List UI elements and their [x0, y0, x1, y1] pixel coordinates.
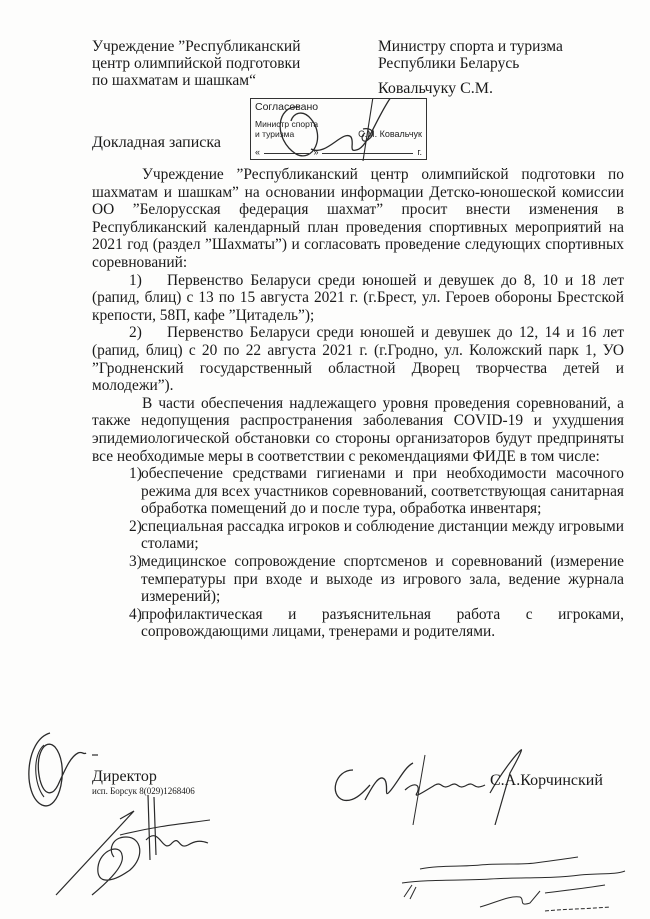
- measure-item: 3)медицинское сопровождение спортсменов …: [92, 553, 624, 606]
- measure-number: 3): [129, 553, 149, 571]
- recipient-name: Ковальчуку С.М.: [378, 80, 638, 97]
- measure-number: 4): [129, 606, 149, 624]
- signer-name: С.А.Корчинский: [490, 772, 603, 790]
- measure-item: 4)профилактическая и разъяснительная раб…: [92, 606, 624, 641]
- measure-item: 2)специальная рассадка игроков и соблюде…: [92, 518, 624, 553]
- sender-block: Учреждение ”Республиканский центр олимпи…: [92, 38, 352, 89]
- event-text: Первенство Беларуси среди юношей и девуш…: [92, 324, 624, 394]
- sender-line: Учреждение ”Республиканский: [92, 38, 352, 55]
- sender-line: по шахматам и шашкам“: [92, 72, 352, 89]
- event-number: 1): [92, 272, 167, 290]
- document-page: Учреждение ”Республиканский центр олимпи…: [0, 0, 650, 919]
- event-item: 1)Первенство Беларуси среди юношей и дев…: [92, 272, 624, 325]
- recipient-line: Министру спорта и туризма: [378, 38, 638, 55]
- measures-list: 1)обеспечение средствами гигиенами и при…: [92, 465, 624, 641]
- handwritten-note-icon: [400, 855, 650, 919]
- measure-number: 1): [129, 465, 149, 483]
- measure-text: специальная рассадка игроков и соблюдени…: [141, 518, 624, 553]
- handwritten-resolution: [400, 855, 650, 919]
- director-signature-icon: [50, 795, 210, 905]
- minister-signature-icon: [251, 99, 426, 161]
- measure-text: профилактическая и разъяснительная работ…: [141, 606, 624, 641]
- signatory-position: Директор: [92, 768, 157, 786]
- measure-text: обеспечение средствами гигиенами и при н…: [141, 465, 624, 518]
- event-text: Первенство Беларуси среди юношей и девуш…: [92, 272, 624, 324]
- document-title: Докладная записка: [92, 134, 221, 152]
- approval-stamp: Согласовано Министр спорта и туризма С.М…: [250, 98, 427, 160]
- recipient-block: Министру спорта и туризма Республики Бел…: [378, 38, 638, 97]
- event-number: 2): [92, 324, 167, 342]
- event-item: 2)Первенство Беларуси среди юношей и дев…: [92, 324, 624, 394]
- measures-intro-paragraph: В части обеспечения надлежащего уровня п…: [92, 395, 624, 465]
- recipient-line: Республики Беларусь: [378, 55, 638, 72]
- measure-number: 2): [129, 518, 149, 536]
- document-body: Учреждение ”Республиканский центр олимпи…: [92, 166, 624, 641]
- intro-paragraph: Учреждение ”Республиканский центр олимпи…: [92, 166, 624, 272]
- sender-line: центр олимпийской подготовки: [92, 55, 352, 72]
- measure-text: медицинское сопровождение спортсменов и …: [141, 553, 624, 606]
- measure-item: 1)обеспечение средствами гигиенами и при…: [92, 465, 624, 518]
